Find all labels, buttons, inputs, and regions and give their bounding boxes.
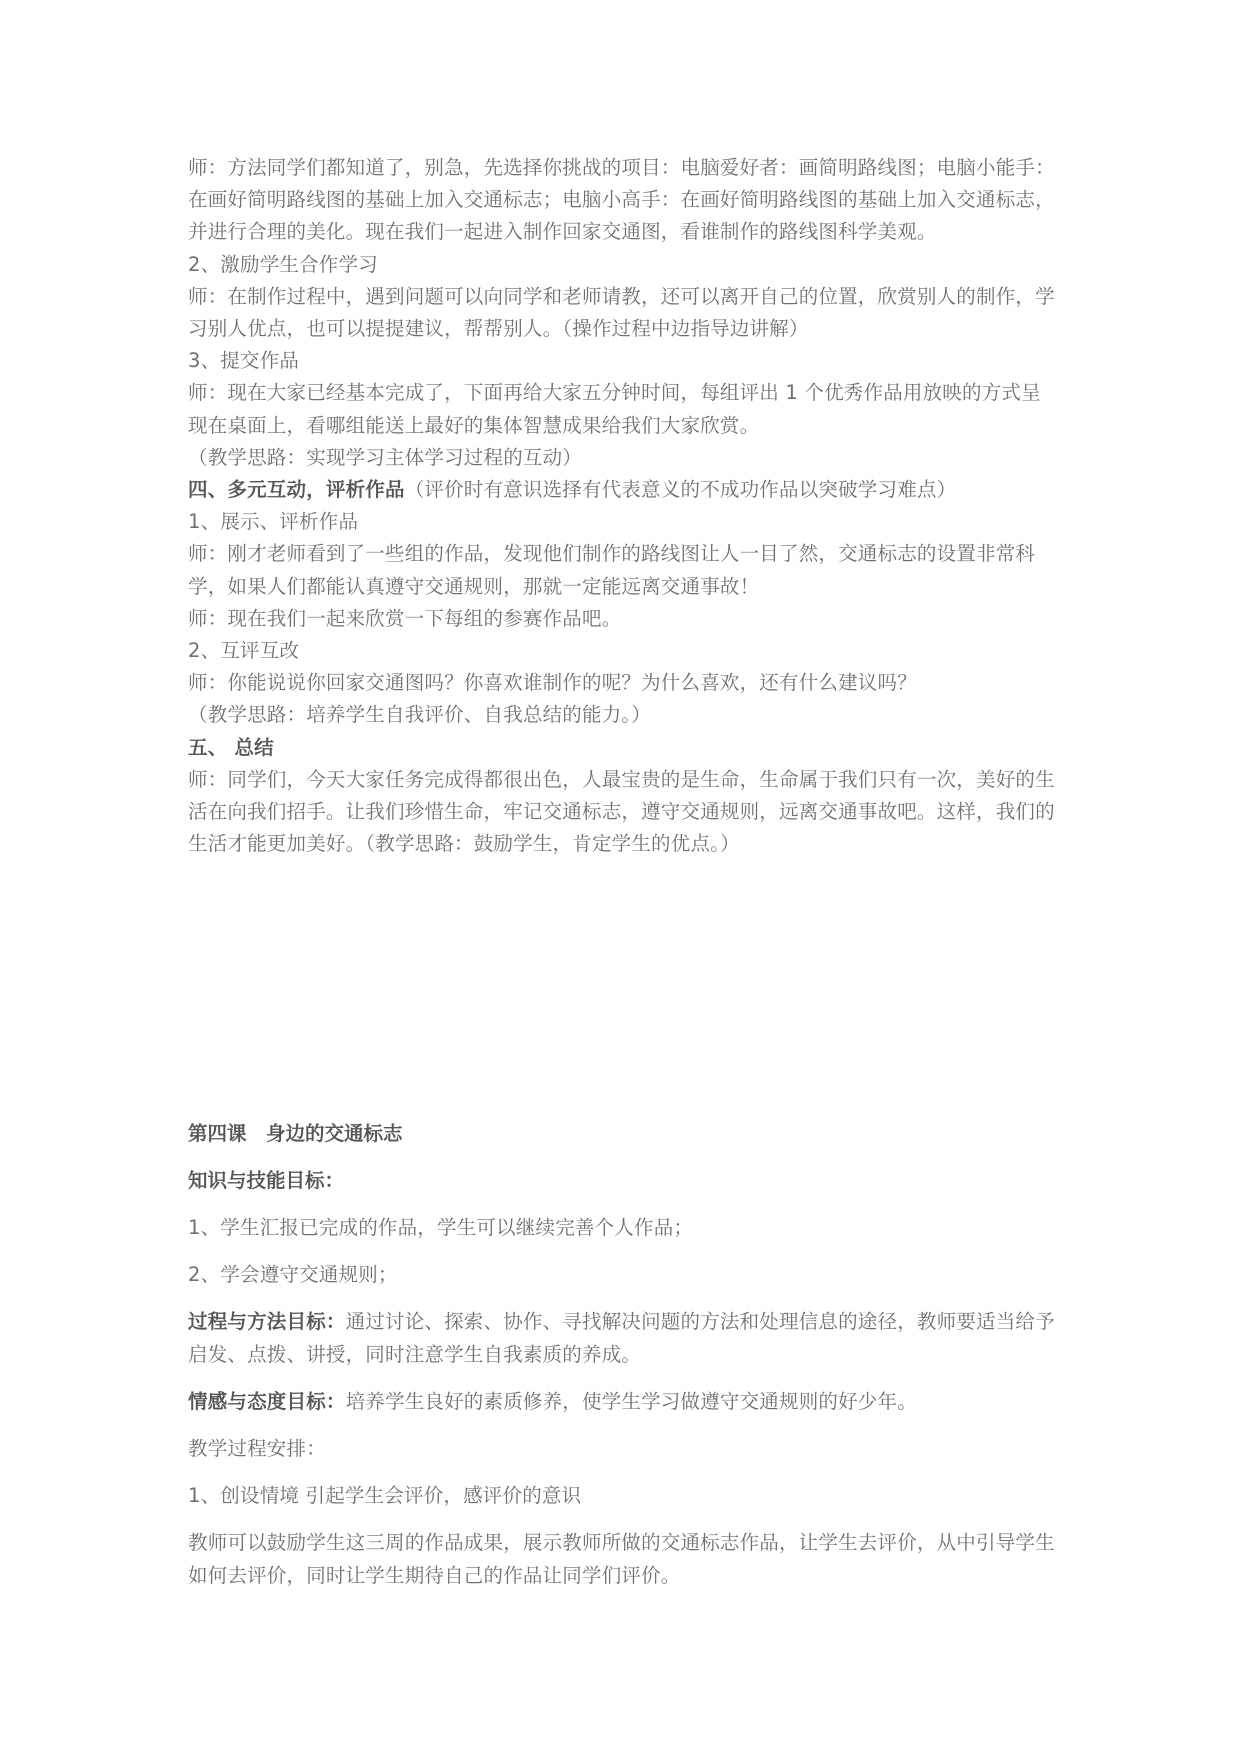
teacher-paragraph-summary: 师：同学们，今天大家任务完成得都很出色，人最宝贵的是生命，生命属于我们只有一次，…: [188, 764, 1058, 861]
teacher-paragraph-cooperation: 师：在制作过程中，遇到问题可以向同学和老师请教，还可以离开自己的位置，欣赏别人的…: [188, 281, 1058, 345]
section-four-note: （评价时有意识选择有代表意义的不成功作品以突破学习难点）: [405, 478, 957, 501]
process-goal-label: 过程与方法目标：: [188, 1310, 346, 1333]
process-goal: 过程与方法目标：通过讨论、探索、协作、寻找解决问题的方法和处理信息的途径，教师要…: [188, 1305, 1058, 1371]
lesson-title: 第四课 身边的交通标志: [188, 1117, 1058, 1150]
emotion-goal-label: 情感与态度目标：: [188, 1390, 346, 1413]
teaching-note-interaction: （教学思路：实现学习主体学习过程的互动）: [188, 442, 1058, 474]
lesson-part-2: 第四课 身边的交通标志 知识与技能目标： 1、学生汇报已完成的作品，学生可以继续…: [188, 1117, 1058, 1606]
section-four-heading: 四、多元互动，评析作品（评价时有意识选择有代表意义的不成功作品以突破学习难点）: [188, 474, 1058, 506]
teaching-note-self-evaluation: （教学思路：培养学生自我评价、自我总结的能力。）: [188, 699, 1058, 731]
teacher-paragraph-choose-challenge: 师：方法同学们都知道了，别急，先选择你挑战的项目：电脑爱好者：画简明路线图；电脑…: [188, 152, 1058, 249]
section-five-title: 五、 总结: [188, 732, 1058, 764]
teacher-paragraph-evaluate: 师：刚才老师看到了一些组的作品，发现他们制作的路线图让人一目了然，交通标志的设置…: [188, 538, 1058, 602]
step-one-text: 教师可以鼓励学生这三周的作品成果，展示教师所做的交通标志作品，让学生去评价，从中…: [188, 1526, 1058, 1592]
teacher-paragraph-peer-review: 师：你能说说你回家交通图吗？你喜欢谁制作的呢？为什么喜欢，还有什么建议吗？: [188, 667, 1058, 699]
teacher-paragraph-submit: 师：现在大家已经基本完成了，下面再给大家五分钟时间，每组评出 1 个优秀作品用放…: [188, 377, 1058, 441]
subheading-cooperative-learning: 2、激励学生合作学习: [188, 249, 1058, 281]
subheading-show-evaluate: 1、展示、评析作品: [188, 506, 1058, 538]
emotion-goal: 情感与态度目标：培养学生良好的素质修养，使学生学习做遵守交通规则的好少年。: [188, 1385, 1058, 1418]
knowledge-goal-item: 1、学生汇报已完成的作品，学生可以继续完善个人作品；: [188, 1211, 1058, 1244]
subheading-peer-review: 2、互评互改: [188, 635, 1058, 667]
knowledge-goal-item: 2、学会遵守交通规则；: [188, 1258, 1058, 1291]
emotion-goal-text: 培养学生良好的素质修养，使学生学习做遵守交通规则的好少年。: [346, 1390, 917, 1413]
step-one-title: 1、创设情境 引起学生会评价，感评价的意识: [188, 1479, 1058, 1512]
lesson-part-1: 师：方法同学们都知道了，别急，先选择你挑战的项目：电脑爱好者：画简明路线图；电脑…: [188, 152, 1058, 860]
knowledge-goal-title: 知识与技能目标：: [188, 1164, 1058, 1197]
subheading-submit-work: 3、提交作品: [188, 345, 1058, 377]
section-four-title: 四、多元互动，评析作品: [188, 478, 405, 501]
teacher-paragraph-appreciate: 师：现在我们一起来欣赏一下每组的参赛作品吧。: [188, 603, 1058, 635]
arrangement-title: 教学过程安排：: [188, 1432, 1058, 1465]
